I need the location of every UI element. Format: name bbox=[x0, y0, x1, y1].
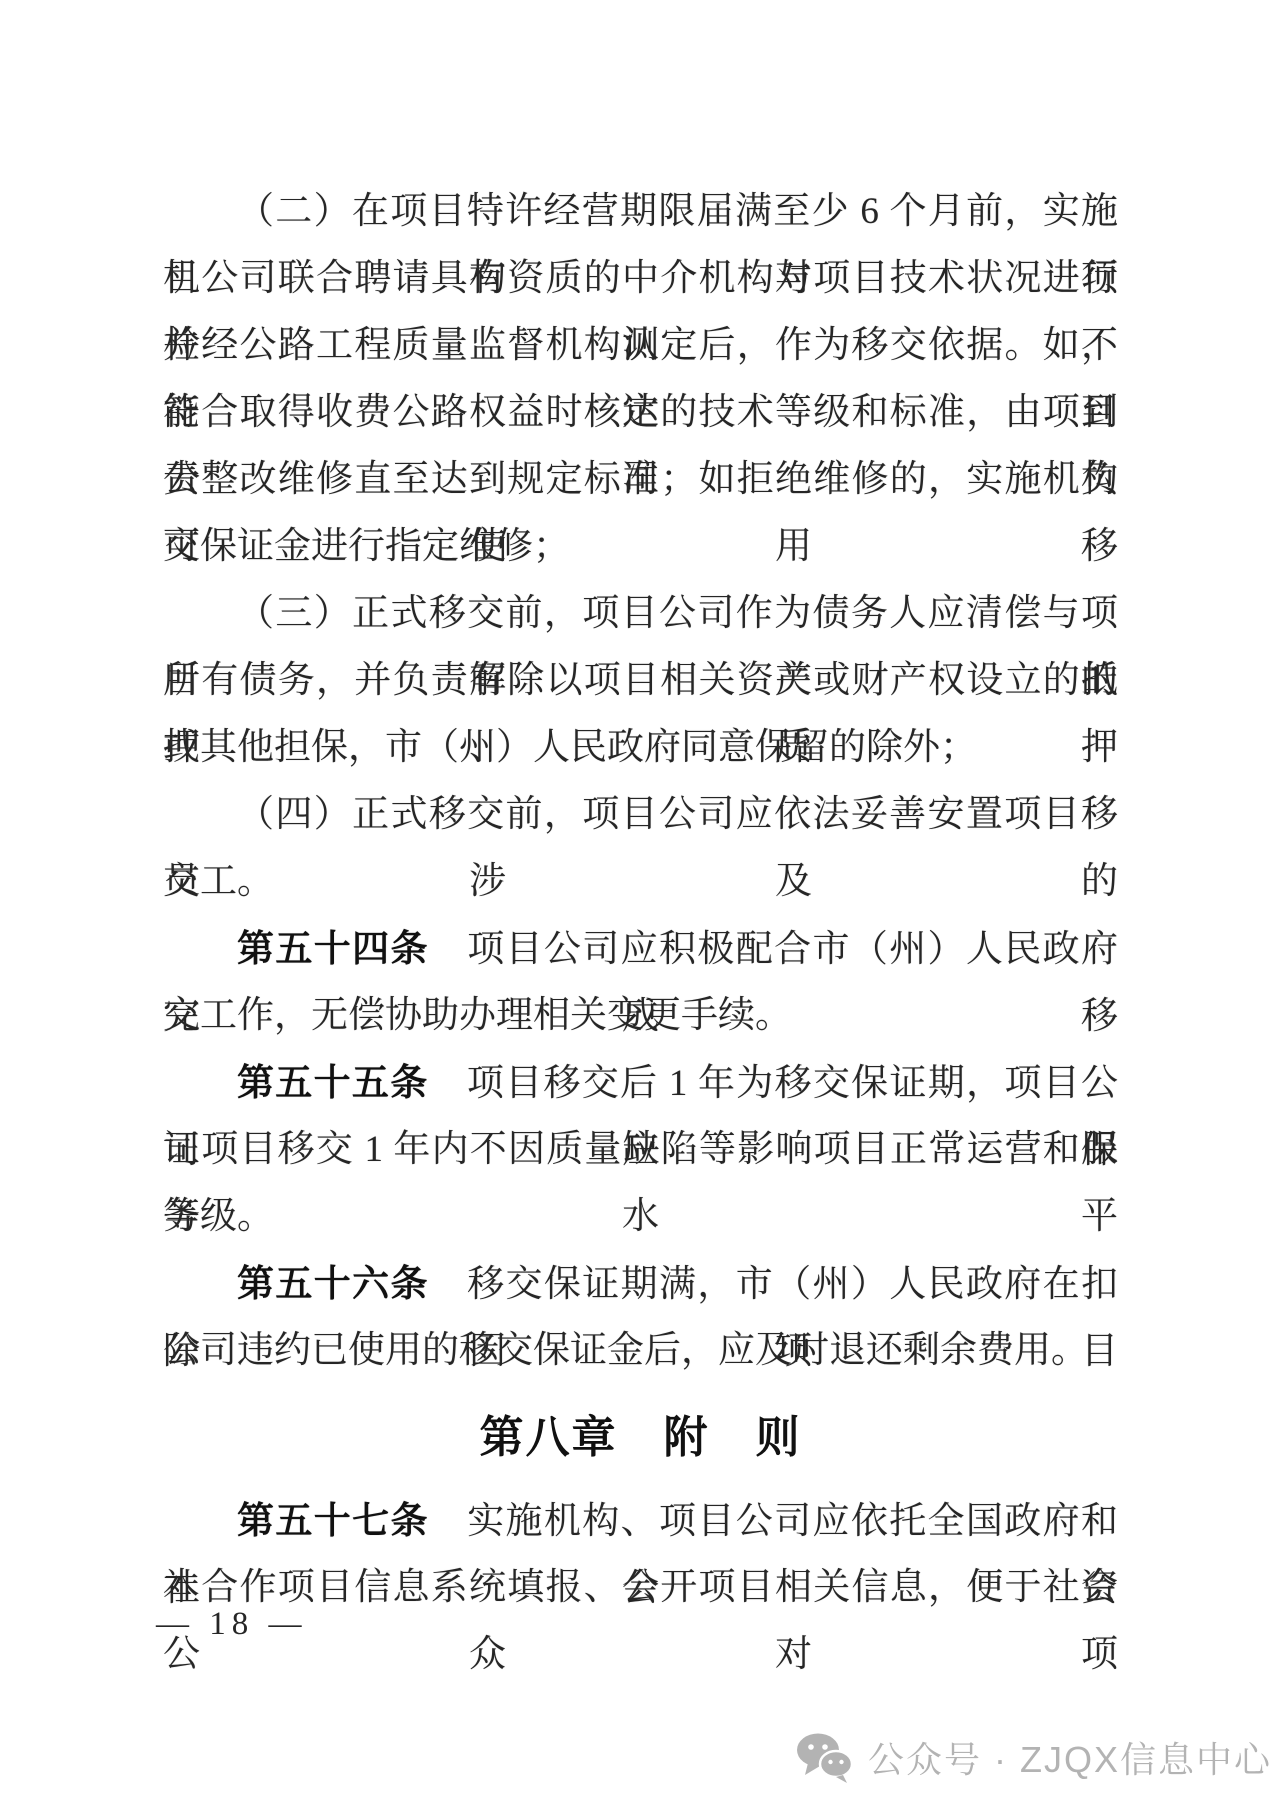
article-number: 第五十五条 bbox=[237, 1062, 429, 1103]
paragraph: 第五十五条 项目移交后 1 年为移交保证期，项目公司应保证项目移交 1 年内不因… bbox=[163, 1049, 1118, 1250]
chapter-heading: 第八章 附 则 bbox=[163, 1404, 1118, 1471]
text-line: 证项目移交 1 年内不因质量缺陷等影响项目正常运营和服务水平 bbox=[163, 1116, 1118, 1183]
text-line: 第五十六条 移交保证期满，市（州）人民政府在扣除因项目 bbox=[163, 1250, 1118, 1317]
text-line: 符合取得收费公路权益时核定的技术等级和标准，由项目公司负 bbox=[163, 379, 1118, 446]
paragraph: 第五十六条 移交保证期满，市（州）人民政府在扣除因项目公司违约已使用的移交保证金… bbox=[163, 1250, 1118, 1384]
article-number: 第五十七条 bbox=[237, 1500, 429, 1541]
text-line: （二）在项目特许经营期限届满至少 6 个月前，实施机构与项 bbox=[163, 178, 1118, 245]
paragraph: 第五十七条 实施机构、项目公司应依托全国政府和社会资本合作项目信息系统填报、公开… bbox=[163, 1487, 1118, 1621]
page-number: — 18 — bbox=[156, 1606, 308, 1643]
wechat-icon bbox=[796, 1733, 854, 1783]
text-line: 第五十五条 项目移交后 1 年为移交保证期，项目公司应保 bbox=[163, 1049, 1118, 1116]
paragraph: 第五十四条 项目公司应积极配合市（州）人民政府完成移交工作，无偿协助办理相关变更… bbox=[163, 915, 1118, 1049]
article-number: 第五十四条 bbox=[237, 928, 429, 969]
paragraph: （四）正式移交前，项目公司应依法妥善安置项目移交涉及的员工。 bbox=[163, 781, 1118, 915]
text-line: （四）正式移交前，项目公司应依法妥善安置项目移交涉及的 bbox=[163, 781, 1118, 848]
text-line: 或其他担保，市（州）人民政府同意保留的除外； bbox=[163, 714, 1118, 781]
text-line: 责整改维修直至达到规定标准；如拒绝维修的，实施机构可使用移 bbox=[163, 446, 1118, 513]
document-body: （二）在项目特许经营期限届满至少 6 个月前，实施机构与项目公司联合聘请具有资质… bbox=[163, 178, 1118, 1621]
watermark: 公众号 · ZJQX信息中心 bbox=[796, 1732, 1272, 1783]
text-line: （三）正式移交前，项目公司作为债务人应清偿与项目有关的 bbox=[163, 580, 1118, 647]
text-line: 公司违约已使用的移交保证金后，应及时退还剩余费用。 bbox=[163, 1317, 1118, 1384]
article-number: 第五十六条 bbox=[237, 1263, 429, 1304]
text-line: 第五十七条 实施机构、项目公司应依托全国政府和社会资 bbox=[163, 1487, 1118, 1554]
paragraph: （二）在项目特许经营期限届满至少 6 个月前，实施机构与项目公司联合聘请具有资质… bbox=[163, 178, 1118, 580]
watermark-text: 公众号 · ZJQX信息中心 bbox=[868, 1732, 1272, 1783]
document-page: （二）在项目特许经营期限届满至少 6 个月前，实施机构与项目公司联合聘请具有资质… bbox=[0, 0, 1280, 1810]
paragraph: （三）正式移交前，项目公司作为债务人应清偿与项目有关的所有债务，并负责解除以项目… bbox=[163, 580, 1118, 781]
text-line: 并经公路工程质量监督机构认定后，作为移交依据。如不能达到 bbox=[163, 312, 1118, 379]
text-line: 所有债务，并负责解除以项目相关资产或财产权设立的抵押、质押 bbox=[163, 647, 1118, 714]
text-line: 目公司联合聘请具有资质的中介机构对项目技术状况进行检测， bbox=[163, 245, 1118, 312]
text-line: 第五十四条 项目公司应积极配合市（州）人民政府完成移 bbox=[163, 915, 1118, 982]
